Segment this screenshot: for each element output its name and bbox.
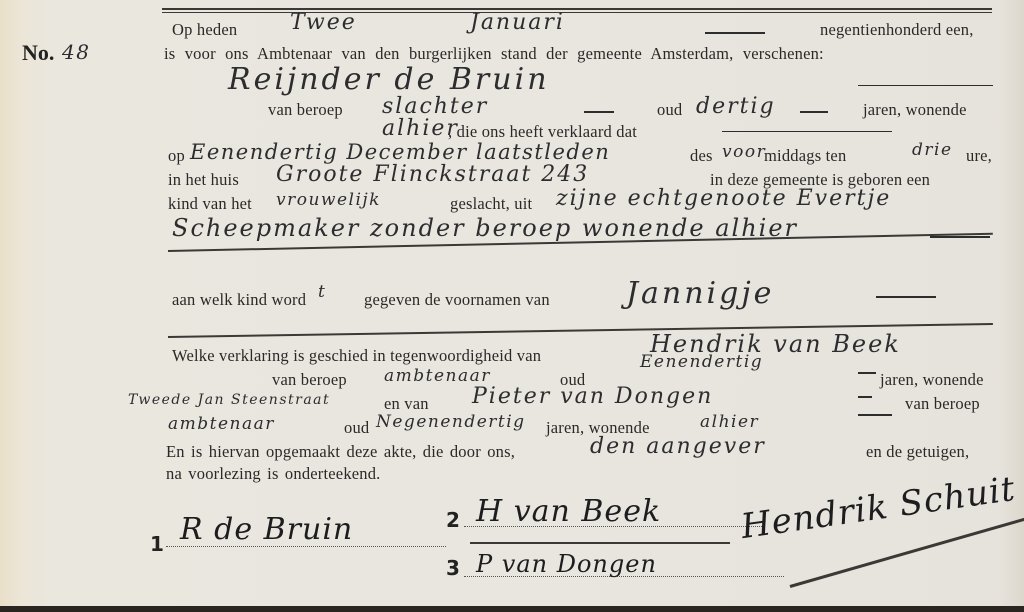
- hand-w1-age: Eenendertig: [640, 352, 763, 372]
- fill-dash: [858, 372, 876, 374]
- hand-address: Groote Flinckstraat 243: [276, 162, 589, 187]
- text-in-het-huis: in het huis: [168, 170, 239, 190]
- hand-month: Januari: [470, 10, 565, 35]
- hand-w1-occupation: ambtenaar: [384, 366, 491, 386]
- text-year: negentienhonderd een,: [820, 20, 974, 40]
- hand-w2-occupation: ambtenaar: [168, 414, 275, 434]
- text-ambtenaar: is voor ons Ambtenaar van den burgerlijk…: [164, 44, 824, 64]
- fill-dash: [705, 32, 765, 34]
- signature-father: R de Bruin: [180, 512, 353, 547]
- hand-declarant: den aangever: [590, 434, 766, 459]
- text-op: op: [168, 146, 185, 166]
- fill-dash: [858, 396, 872, 398]
- hand-voor: voor: [722, 142, 766, 162]
- civil-birth-record-page: No. 48 Op heden Twee Januari negentienho…: [0, 0, 1024, 612]
- text-getuigen: en de getuigen,: [866, 442, 969, 462]
- text-ure: ure,: [966, 146, 992, 166]
- text-jaren-wonende: jaren, wonende: [863, 100, 967, 120]
- signature-witness2: P van Dongen: [476, 550, 657, 578]
- text-onderteekend: na voorlezing is onderteekend.: [166, 464, 381, 484]
- hand-w2-age: Negenendertig: [376, 412, 526, 432]
- signature-stroke: [470, 542, 730, 544]
- text-welke-verklaring: Welke verklaring is geschied in tegenwoo…: [172, 346, 541, 366]
- hand-father-name: Reijnder de Bruin: [228, 62, 550, 97]
- hand-day: Twee: [290, 10, 357, 35]
- signature-witness1: H van Beek: [476, 494, 661, 529]
- hand-w1-residence: Tweede Jan Steenstraat: [128, 392, 330, 408]
- hand-witness2: Pieter van Dongen: [472, 384, 713, 409]
- record-number-label: No.: [22, 40, 54, 66]
- hand-mother-a: zijne echtgenoote Evertje: [556, 186, 891, 211]
- text-geslacht: geslacht, uit: [450, 194, 532, 214]
- fill-dash: [584, 111, 614, 113]
- fill-dash: [800, 111, 828, 113]
- text-op-heden: Op heden: [172, 20, 237, 40]
- text-kind-van-het: kind van het: [168, 194, 252, 214]
- text-aan-welk-kind: aan welk kind word: [172, 290, 306, 310]
- text-middags: middags ten: [764, 146, 846, 166]
- text-oud-3: oud: [344, 418, 369, 438]
- text-voornamen: gegeven de voornamen van: [364, 290, 550, 310]
- fill-dash: [858, 85, 993, 86]
- text-verklaard: , die ons heeft verklaard dat: [448, 122, 637, 142]
- page-bottom-edge: [0, 606, 1024, 612]
- fill-dash: [930, 236, 990, 238]
- text-oud: oud: [657, 100, 682, 120]
- text-van-beroep-2: van beroep: [272, 370, 347, 390]
- hand-sex: vrouwelijk: [276, 190, 381, 210]
- record-number-value: 48: [62, 40, 90, 64]
- signature-index-3: 3: [446, 556, 460, 580]
- fill-dash: [876, 296, 936, 298]
- fill-dash: [858, 414, 892, 416]
- top-rule: [162, 8, 992, 10]
- signature-index-2: 2: [446, 508, 460, 532]
- fill-dash: [722, 131, 892, 132]
- top-rule-2: [162, 12, 992, 13]
- hand-age: dertig: [696, 94, 776, 119]
- signature-official: Hendrik Schuit: [739, 469, 1019, 547]
- text-jaren-wonende-2: jaren, wonende: [880, 370, 984, 390]
- text-van-beroep: van beroep: [268, 100, 343, 120]
- text-en-van: en van: [384, 394, 429, 414]
- text-des: des: [690, 146, 713, 166]
- hand-birth-date: Eenendertig December laatstleden: [190, 140, 610, 164]
- hand-child-firstname: Jannigje: [626, 276, 774, 311]
- hand-hour: drie: [912, 140, 953, 160]
- signature-index-1: 1: [150, 532, 164, 556]
- hand-t: t: [318, 282, 326, 302]
- hand-w2-residence: alhier: [700, 412, 759, 432]
- text-opgemaakt: En is hiervan opgemaakt deze akte, die d…: [166, 442, 515, 462]
- text-van-beroep-3: van beroep: [905, 394, 980, 414]
